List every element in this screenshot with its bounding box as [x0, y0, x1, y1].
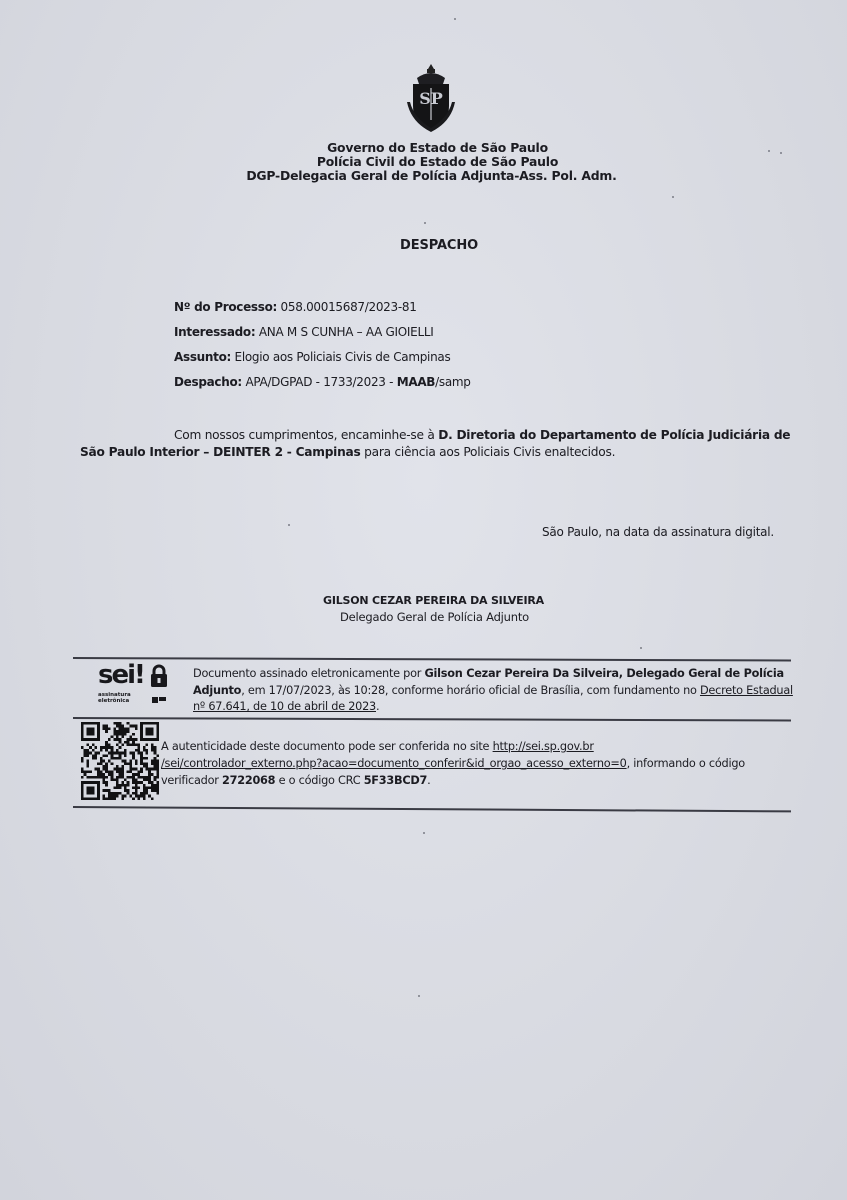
- signature-text: , em 17/07/2023, às 10:28, conforme horá…: [241, 684, 700, 697]
- field-value: ANA M S CUNHA – AA GIOIELLI: [255, 325, 433, 339]
- sei-subtext-line: eletrônica: [98, 699, 131, 705]
- institution-header: Governo do Estado de São Paulo Polícia C…: [0, 141, 847, 183]
- divider: [73, 717, 791, 721]
- sp-flag-icon: [152, 697, 166, 703]
- body-intro: Com nossos cumprimentos, encaminhe-se à: [80, 428, 438, 442]
- sei-logo-subtext: assinatura eletrônica: [98, 693, 131, 704]
- header-line-department: DGP-Delegacia Geral de Polícia Adjunta-A…: [8, 169, 847, 183]
- field-label: Nº do Processo:: [174, 300, 277, 314]
- field-value-tail: /samp: [435, 375, 470, 389]
- signature-text: .: [376, 700, 379, 713]
- body-purpose: para ciência aos Policiais Civis enaltec…: [361, 445, 616, 459]
- signer-role: Delegado Geral de Polícia Adjunto: [11, 609, 847, 626]
- verification-url-link[interactable]: /sei/controlador_externo.php?acao=docume…: [161, 757, 627, 770]
- signature-text: Documento assinado eletronicamente por: [193, 667, 424, 680]
- divider: [73, 806, 791, 812]
- field-subject: Assunto: Elogio aos Policiais Civis de C…: [174, 348, 471, 373]
- field-interested-party: Interessado: ANA M S CUNHA – AA GIOIELLI: [174, 323, 471, 348]
- crc-code: 5F33BCD7: [364, 774, 427, 787]
- field-process-number: Nº do Processo: 058.00015687/2023-81: [174, 298, 471, 323]
- field-value: 058.00015687/2023-81: [277, 300, 417, 314]
- field-label: Assunto:: [174, 350, 231, 364]
- sei-logo-text: sei!: [98, 660, 144, 690]
- dispatch-body: Com nossos cumprimentos, encaminhe-se à …: [80, 427, 800, 461]
- field-label: Despacho:: [174, 375, 242, 389]
- field-dispatch: Despacho: APA/DGPAD - 1733/2023 - MAAB/s…: [174, 373, 471, 398]
- field-value: APA/DGPAD - 1733/2023 -: [242, 375, 397, 389]
- field-label: Interessado:: [174, 325, 255, 339]
- sei-site-link[interactable]: http://sei.sp.gov.br: [493, 740, 594, 753]
- lock-icon: [150, 664, 168, 688]
- document-page: SP Governo do Estado de São Paulo Políci…: [0, 0, 847, 1200]
- signer-name: GILSON CEZAR PEREIRA DA SILVEIRA: [10, 592, 847, 609]
- header-line-government: Governo do Estado de São Paulo: [14, 141, 847, 155]
- authenticity-notice: A autenticidade deste documento pode ser…: [161, 738, 801, 789]
- sei-logo: sei! assinatura eletrônica: [98, 664, 178, 710]
- verifier-code: 2722068: [222, 774, 275, 787]
- qr-code-icon: [81, 722, 159, 800]
- signer-block: GILSON CEZAR PEREIRA DA SILVEIRA Delegad…: [0, 592, 847, 626]
- field-value: Elogio aos Policiais Civis de Campinas: [231, 350, 450, 364]
- authenticity-text: e o código CRC: [275, 774, 363, 787]
- sao-paulo-coat-of-arms-icon: SP: [405, 62, 457, 134]
- authenticity-text: A autenticidade deste documento pode ser…: [161, 740, 493, 753]
- authenticity-text: .: [427, 774, 430, 787]
- electronic-signature-notice: Documento assinado eletronicamente por G…: [193, 666, 793, 716]
- process-metadata: Nº do Processo: 058.00015687/2023-81 Int…: [174, 298, 471, 398]
- document-title: DESPACHO: [400, 238, 478, 253]
- divider: [73, 657, 791, 662]
- field-value-initials: MAAB: [397, 375, 435, 389]
- place-and-date: São Paulo, na data da assinatura digital…: [542, 525, 774, 539]
- header-line-police: Polícia Civil do Estado de São Paulo: [14, 155, 847, 169]
